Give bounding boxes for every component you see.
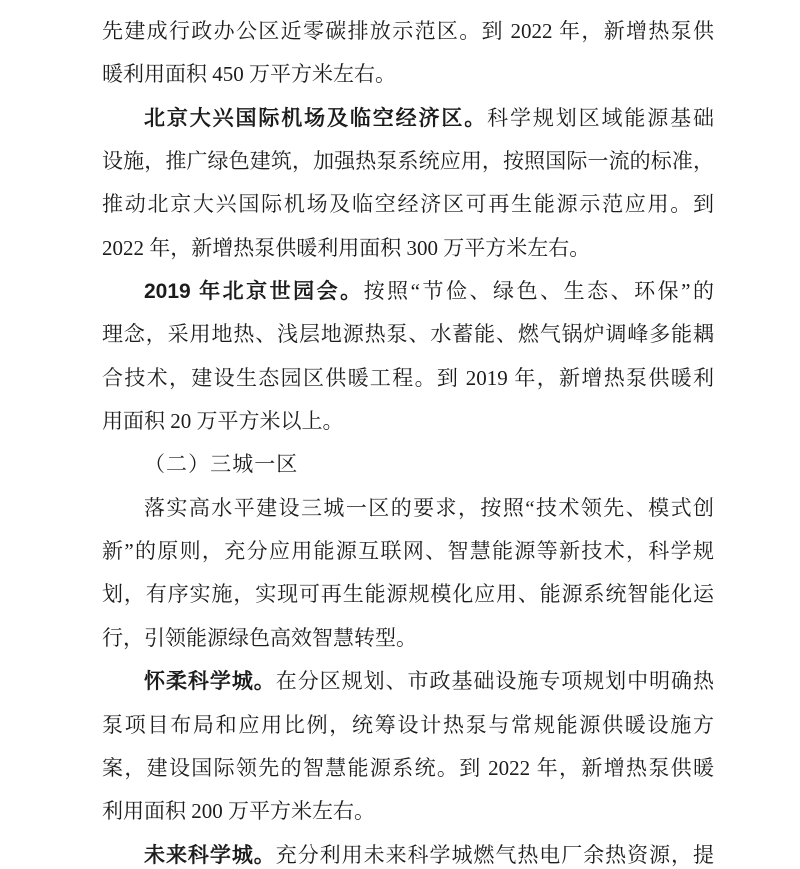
paragraph: 2019 年北京世园会。按照“节俭、绿色、生态、环保”的理念，采用地热、浅层地源…	[102, 270, 714, 443]
text-line: 新”的原则，充分应用能源互联网、智慧能源等新技术，科学规	[102, 530, 714, 573]
paragraph-lead-bold: 怀柔科学城。	[144, 670, 276, 693]
text-run: 落实高水平建设三城一区的要求，按照“技术领先、模式创	[144, 496, 714, 520]
text-line: 2022 年，新增热泵供暖利用面积 300 万平方米左右。	[102, 227, 714, 270]
text-line: 利用面积 200 万平方米左右。	[102, 790, 714, 833]
text-line: 泵项目布局和应用比例，统筹设计热泵与常规能源供暖设施方	[102, 704, 714, 747]
text-line: 北京大兴国际机场及临空经济区。科学规划区域能源基础	[102, 97, 714, 140]
text-line: （二）三城一区	[102, 443, 714, 486]
text-line: 2019 年北京世园会。按照“节俭、绿色、生态、环保”的	[102, 270, 714, 313]
paragraph: 未来科学城。充分利用未来科学城燃气热电厂余热资源，提	[102, 834, 714, 869]
paragraph: 怀柔科学城。在分区规划、市政基础设施专项规划中明确热泵项目布局和应用比例，统筹设…	[102, 660, 714, 833]
document-body: 先建成行政办公区近零碳排放示范区。到 2022 年，新增热泵供暖利用面积 450…	[102, 10, 714, 869]
text-run: 科学规划区域能源基础	[487, 106, 714, 130]
text-line: 落实高水平建设三城一区的要求，按照“技术领先、模式创	[102, 487, 714, 530]
paragraph: 落实高水平建设三城一区的要求，按照“技术领先、模式创新”的原则，充分应用能源互联…	[102, 487, 714, 660]
text-run: 在分区规划、市政基础设施专项规划中明确热	[276, 669, 714, 693]
text-run: 划，有序实施，实现可再生能源规模化应用、能源系统智能化运	[102, 582, 714, 606]
text-line: 先建成行政办公区近零碳排放示范区。到 2022 年，新增热泵供	[102, 10, 714, 53]
text-run: 用面积 20 万平方米以上。	[102, 409, 344, 433]
text-run: 案，建设国际领先的智慧能源系统。到 2022 年，新增热泵供暖	[102, 756, 714, 780]
text-run: 泵项目布局和应用比例，统筹设计热泵与常规能源供暖设施方	[102, 713, 714, 737]
text-run: 利用面积 200 万平方米左右。	[102, 799, 375, 823]
text-line: 设施，推广绿色建筑，加强热泵系统应用，按照国际一流的标准，	[102, 140, 714, 183]
text-line: 推动北京大兴国际机场及临空经济区可再生能源示范应用。到	[102, 183, 714, 226]
paragraph: 北京大兴国际机场及临空经济区。科学规划区域能源基础设施，推广绿色建筑，加强热泵系…	[102, 97, 714, 270]
text-line: 案，建设国际领先的智慧能源系统。到 2022 年，新增热泵供暖	[102, 747, 714, 790]
text-run: 新”的原则，充分应用能源互联网、智慧能源等新技术，科学规	[102, 539, 714, 563]
text-run: 推动北京大兴国际机场及临空经济区可再生能源示范应用。到	[102, 192, 714, 216]
text-line: 未来科学城。充分利用未来科学城燃气热电厂余热资源，提	[102, 834, 714, 869]
document-page: 先建成行政办公区近零碳排放示范区。到 2022 年，新增热泵供暖利用面积 450…	[0, 0, 800, 869]
text-line: 暖利用面积 450 万平方米左右。	[102, 53, 714, 96]
section-heading: （二）三城一区	[102, 443, 714, 486]
text-line: 行，引领能源绿色高效智慧转型。	[102, 617, 714, 660]
text-line: 合技术，建设生态园区供暖工程。到 2019 年，新增热泵供暖利	[102, 357, 714, 400]
text-run: 2022 年，新增热泵供暖利用面积 300 万平方米左右。	[102, 236, 590, 260]
text-run: 先建成行政办公区近零碳排放示范区。到 2022 年，新增热泵供	[102, 19, 714, 43]
text-run: 设施，推广绿色建筑，加强热泵系统应用，按照国际一流的标准，	[102, 149, 714, 173]
text-run: （二）三城一区	[144, 452, 298, 476]
text-line: 划，有序实施，实现可再生能源规模化应用、能源系统智能化运	[102, 573, 714, 616]
paragraph-lead-bold: 北京大兴国际机场及临空经济区。	[144, 107, 487, 130]
paragraph-lead-bold: 未来科学城。	[144, 844, 276, 867]
text-run: 充分利用未来科学城燃气热电厂余热资源，提	[276, 843, 714, 867]
paragraph-lead-bold: 2019 年北京世园会。	[144, 280, 364, 303]
text-run: 暖利用面积 450 万平方米左右。	[102, 62, 396, 86]
text-line: 理念，采用地热、浅层地源热泵、水蓄能、燃气锅炉调峰多能耦	[102, 313, 714, 356]
text-line: 用面积 20 万平方米以上。	[102, 400, 714, 443]
text-run: 行，引领能源绿色高效智慧转型。	[102, 626, 417, 650]
paragraph: 先建成行政办公区近零碳排放示范区。到 2022 年，新增热泵供暖利用面积 450…	[102, 10, 714, 97]
text-run: 按照“节俭、绿色、生态、环保”的	[364, 279, 714, 303]
text-run: 理念，采用地热、浅层地源热泵、水蓄能、燃气锅炉调峰多能耦	[102, 322, 714, 346]
text-run: 合技术，建设生态园区供暖工程。到 2019 年，新增热泵供暖利	[102, 366, 714, 390]
text-line: 怀柔科学城。在分区规划、市政基础设施专项规划中明确热	[102, 660, 714, 703]
